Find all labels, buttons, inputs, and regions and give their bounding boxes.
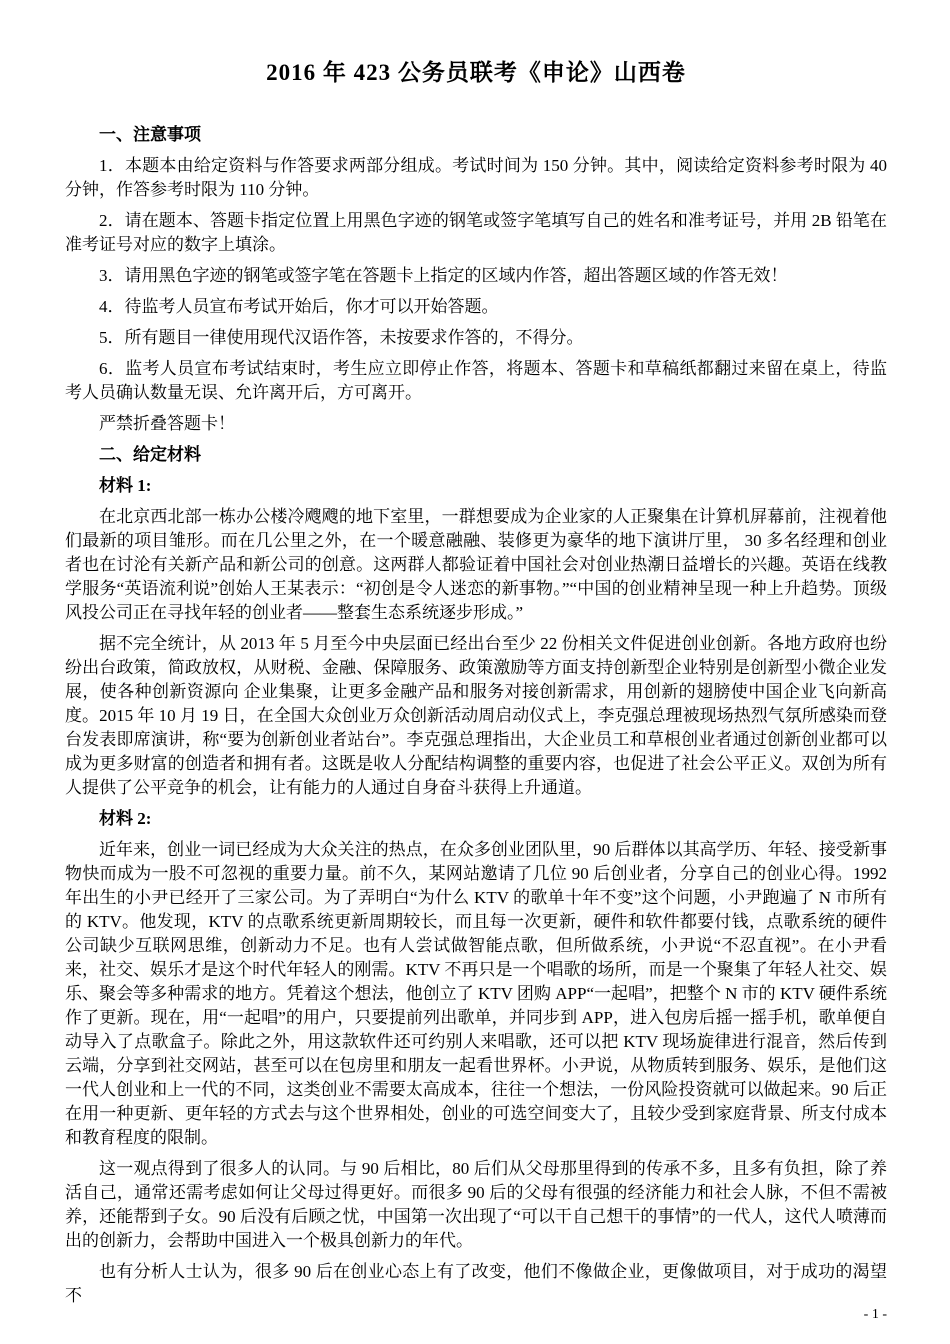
material-2-paragraph-3: 也有分析人士认为，很多 90 后在创业心态上有了改变，他们不像做企业，更像做项目… bbox=[65, 1260, 887, 1308]
material-1-paragraph-1: 在北京西北部一栋办公楼冷飕飕的地下室里，一群想要成为企业家的人正聚集在计算机屏幕… bbox=[65, 505, 887, 625]
notice-item-6: 6．监考人员宣布考试结束时，考生应立即停止作答，将题本、答题卡和草稿纸都翻过来留… bbox=[65, 357, 887, 405]
exam-paper-page: 2016 年 423 公务员联考《申论》山西卷 一、注意事项 1．本题本由给定资… bbox=[0, 0, 950, 1344]
materials-section: 二、给定材料 材料 1: 在北京西北部一栋办公楼冷飕飕的地下室里，一群想要成为企… bbox=[65, 443, 887, 1308]
notice-heading: 一、注意事项 bbox=[65, 123, 887, 147]
materials-heading: 二、给定材料 bbox=[65, 443, 887, 467]
notice-section: 一、注意事项 1．本题本由给定资料与作答要求两部分组成。考试时间为 150 分钟… bbox=[65, 123, 887, 436]
notice-item-1: 1．本题本由给定资料与作答要求两部分组成。考试时间为 150 分钟。其中，阅读给… bbox=[65, 154, 887, 202]
material-2-label: 材料 2: bbox=[65, 807, 887, 831]
notice-item-2: 2．请在题本、答题卡指定位置上用黑色字迹的钢笔或签字笔填写自己的姓名和准考证号，… bbox=[65, 209, 887, 257]
notice-item-4: 4．待监考人员宣布考试开始后，你才可以开始答题。 bbox=[65, 295, 887, 319]
page-number: - 1 - bbox=[864, 1306, 887, 1324]
page-title: 2016 年 423 公务员联考《申论》山西卷 bbox=[65, 57, 887, 89]
notice-item-5: 5．所有题目一律使用现代汉语作答，未按要求作答的，不得分。 bbox=[65, 326, 887, 350]
material-2-paragraph-2: 这一观点得到了很多人的认同。与 90 后相比，80 后们从父母那里得到的传承不多… bbox=[65, 1157, 887, 1253]
notice-item-3: 3．请用黑色字迹的钢笔或签字笔在答题卡上指定的区域内作答，超出答题区域的作答无效… bbox=[65, 264, 887, 288]
material-1-paragraph-2: 据不完全统计，从 2013 年 5 月至今中央层面已经出台至少 22 份相关文件… bbox=[65, 632, 887, 800]
material-1-label: 材料 1: bbox=[65, 474, 887, 498]
material-2-paragraph-1: 近年来，创业一词已经成为大众关注的热点，在众多创业团队里，90 后群体以其高学历… bbox=[65, 838, 887, 1150]
notice-warning: 严禁折叠答题卡！ bbox=[65, 412, 887, 436]
